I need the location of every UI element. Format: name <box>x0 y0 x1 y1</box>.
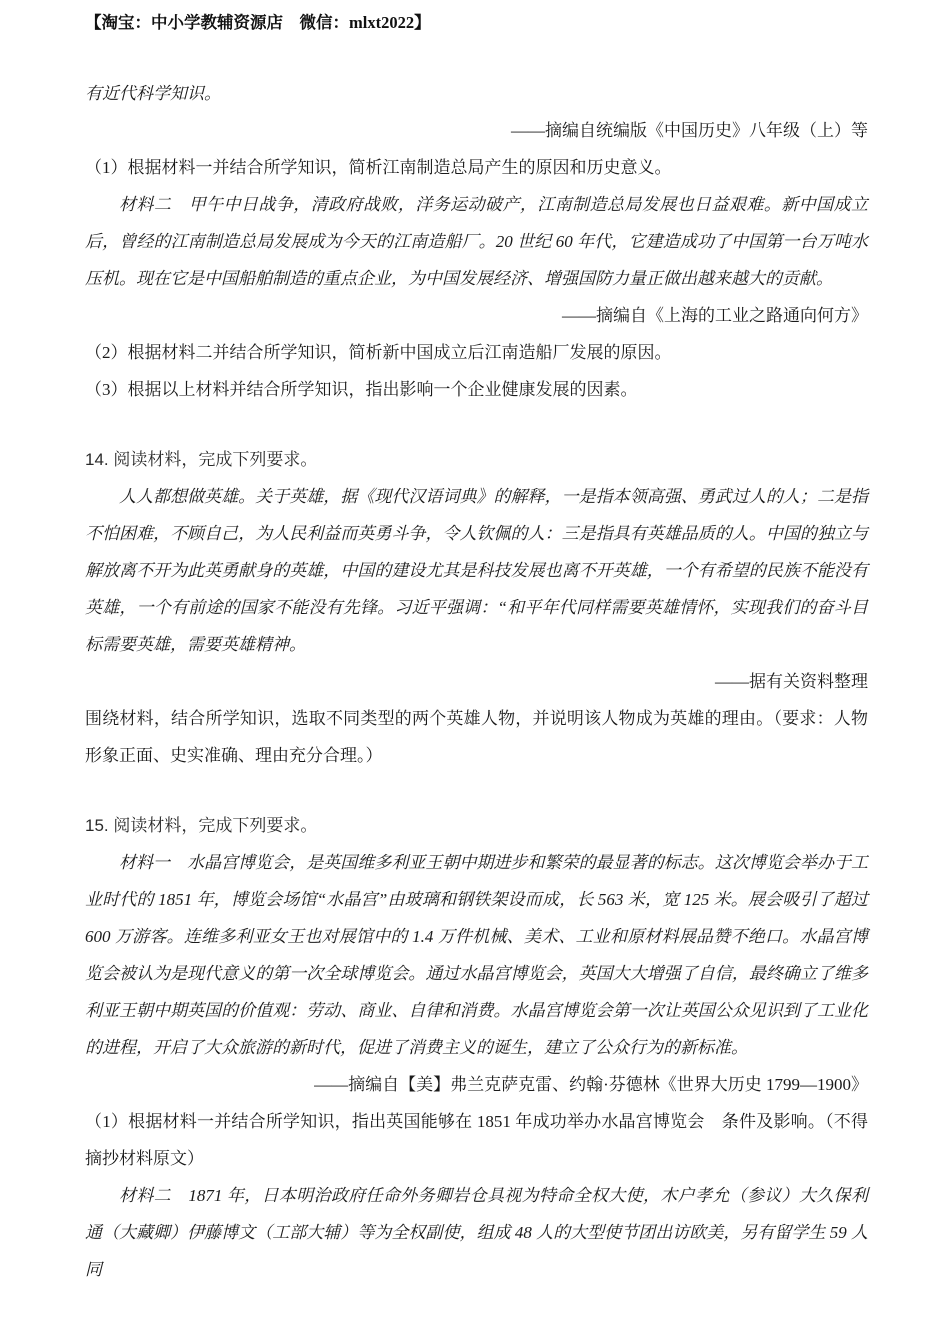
q15-material2-text: 材料二 1871 年，日本明治政府任命外务卿岩仓具视为特命全权大使，木户孝允（参… <box>85 1177 868 1288</box>
exam-document-page: 【淘宝：中小学教辅资源店 微信：mlxt2022】 有近代科学知识。 ——摘编自… <box>0 0 950 1344</box>
q14-material-source: ——据有关资料整理 <box>85 663 868 700</box>
q13-subquestion-1: （1）根据材料一并结合所学知识，简析江南制造总局产生的原因和历史意义。 <box>85 149 868 186</box>
q14-number-title: 14. 阅读材料，完成下列要求。 <box>85 441 868 478</box>
q13-material1-source: ——摘编自统编版《中国历史》八年级（上）等 <box>85 112 868 149</box>
q13-material2-source: ——摘编自《上海的工业之路通向何方》 <box>85 297 868 334</box>
q13-subquestion-3: （3）根据以上材料并结合所学知识，指出影响一个企业健康发展的因素。 <box>85 371 868 408</box>
q13-material2-text: 材料二 甲午中日战争，清政府战败，洋务运动破产，江南制造总局发展也日益艰难。新中… <box>85 186 868 297</box>
section-gap <box>85 408 868 441</box>
q15-material1-text: 材料一 水晶宫博览会，是英国维多利亚王朝中期进步和繁荣的最显著的标志。这次博览会… <box>85 844 868 1066</box>
q15-subquestion-1: （1）根据材料一并结合所学知识，指出英国能够在 1851 年成功举办水晶宫博览会… <box>85 1103 868 1177</box>
store-watermark-header: 【淘宝：中小学教辅资源店 微信：mlxt2022】 <box>85 12 868 34</box>
q13-material1-tail-text: 有近代科学知识。 <box>85 75 868 112</box>
q14-material-text: 人人都想做英雄。关于英雄，据《现代汉语词典》的解释，一是指本领高强、勇武过人的人… <box>85 478 868 663</box>
q14-task-text: 围绕材料，结合所学知识，选取不同类型的两个英雄人物，并说明该人物成为英雄的理由。… <box>85 700 868 774</box>
document-body: 有近代科学知识。 ——摘编自统编版《中国历史》八年级（上）等 （1）根据材料一并… <box>85 75 868 1288</box>
q13-subquestion-2: （2）根据材料二并结合所学知识，简析新中国成立后江南造船厂发展的原因。 <box>85 334 868 371</box>
q15-material1-source: ——摘编自【美】弗兰克萨克雷、约翰·芬德林《世界大历史 1799—1900》 <box>85 1066 868 1103</box>
q15-number-title: 15. 阅读材料，完成下列要求。 <box>85 807 868 844</box>
section-gap <box>85 774 868 807</box>
